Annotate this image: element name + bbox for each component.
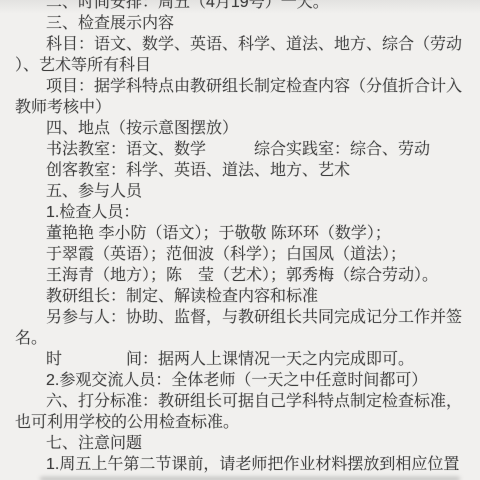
text-line: 2.参观交流人员：全体老师（一天之中任意时间都可） — [0, 370, 480, 391]
text-line: 于翠霞（英语）；范佃波（科学）；白国凤（道法）； — [0, 244, 480, 265]
text-line: 1.检查人员： — [0, 202, 480, 223]
text-line: 董艳艳 李小防（语文）；于敬敬 陈环环（数学）； — [0, 223, 480, 244]
text-line: 创客教室：科学、英语、道法、地方、艺术 — [0, 160, 480, 181]
text-line: 七、注意问题 — [0, 433, 480, 454]
text-line: 二、时间安排：周五（4月19号）一天。 — [0, 0, 480, 13]
text-line: 时 间：据两人上课情况一天之内完成即可。 — [0, 349, 480, 370]
document-body: 二、时间安排：周五（4月19号）一天。三、检查展示内容科目：语文、数学、英语、科… — [0, 0, 480, 475]
text-line: 项目：据学科特点由教研组长制定检查内容（分值折合计入 — [0, 76, 480, 97]
text-line: 王海青（地方）；陈 莹（艺术）；郭秀梅（综合劳动）。 — [0, 265, 480, 286]
text-line: ）、艺术等所有科目 — [0, 55, 480, 76]
text-line: 五、参与人员 — [0, 181, 480, 202]
text-line: 教师考核中） — [0, 97, 480, 118]
text-line: 也可利用学校的公用检查标准。 — [0, 412, 480, 433]
text-line: 书法教室：语文、数学 综合实践室：综合、劳动 — [0, 139, 480, 160]
text-line: 六、打分标准：教研组长可据自己学科特点制定检查标准， — [0, 391, 480, 412]
text-line: 另参与人：协助、监督，与教研组长共同完成记分工作并签 — [0, 307, 480, 328]
document-page: 二、时间安排：周五（4月19号）一天。三、检查展示内容科目：语文、数学、英语、科… — [0, 0, 480, 480]
text-line: 1.周五上午第二节课前，请老师把作业材料摆放到相应位置 — [0, 454, 480, 475]
text-line: 三、检查展示内容 — [0, 13, 480, 34]
text-line: 名。 — [0, 328, 480, 349]
text-line: 教研组长：制定、解读检查内容和标准 — [0, 286, 480, 307]
text-line: 科目：语文、数学、英语、科学、道法、地方、综合（劳动 — [0, 34, 480, 55]
text-line: 四、地点（按示意图摆放） — [0, 118, 480, 139]
